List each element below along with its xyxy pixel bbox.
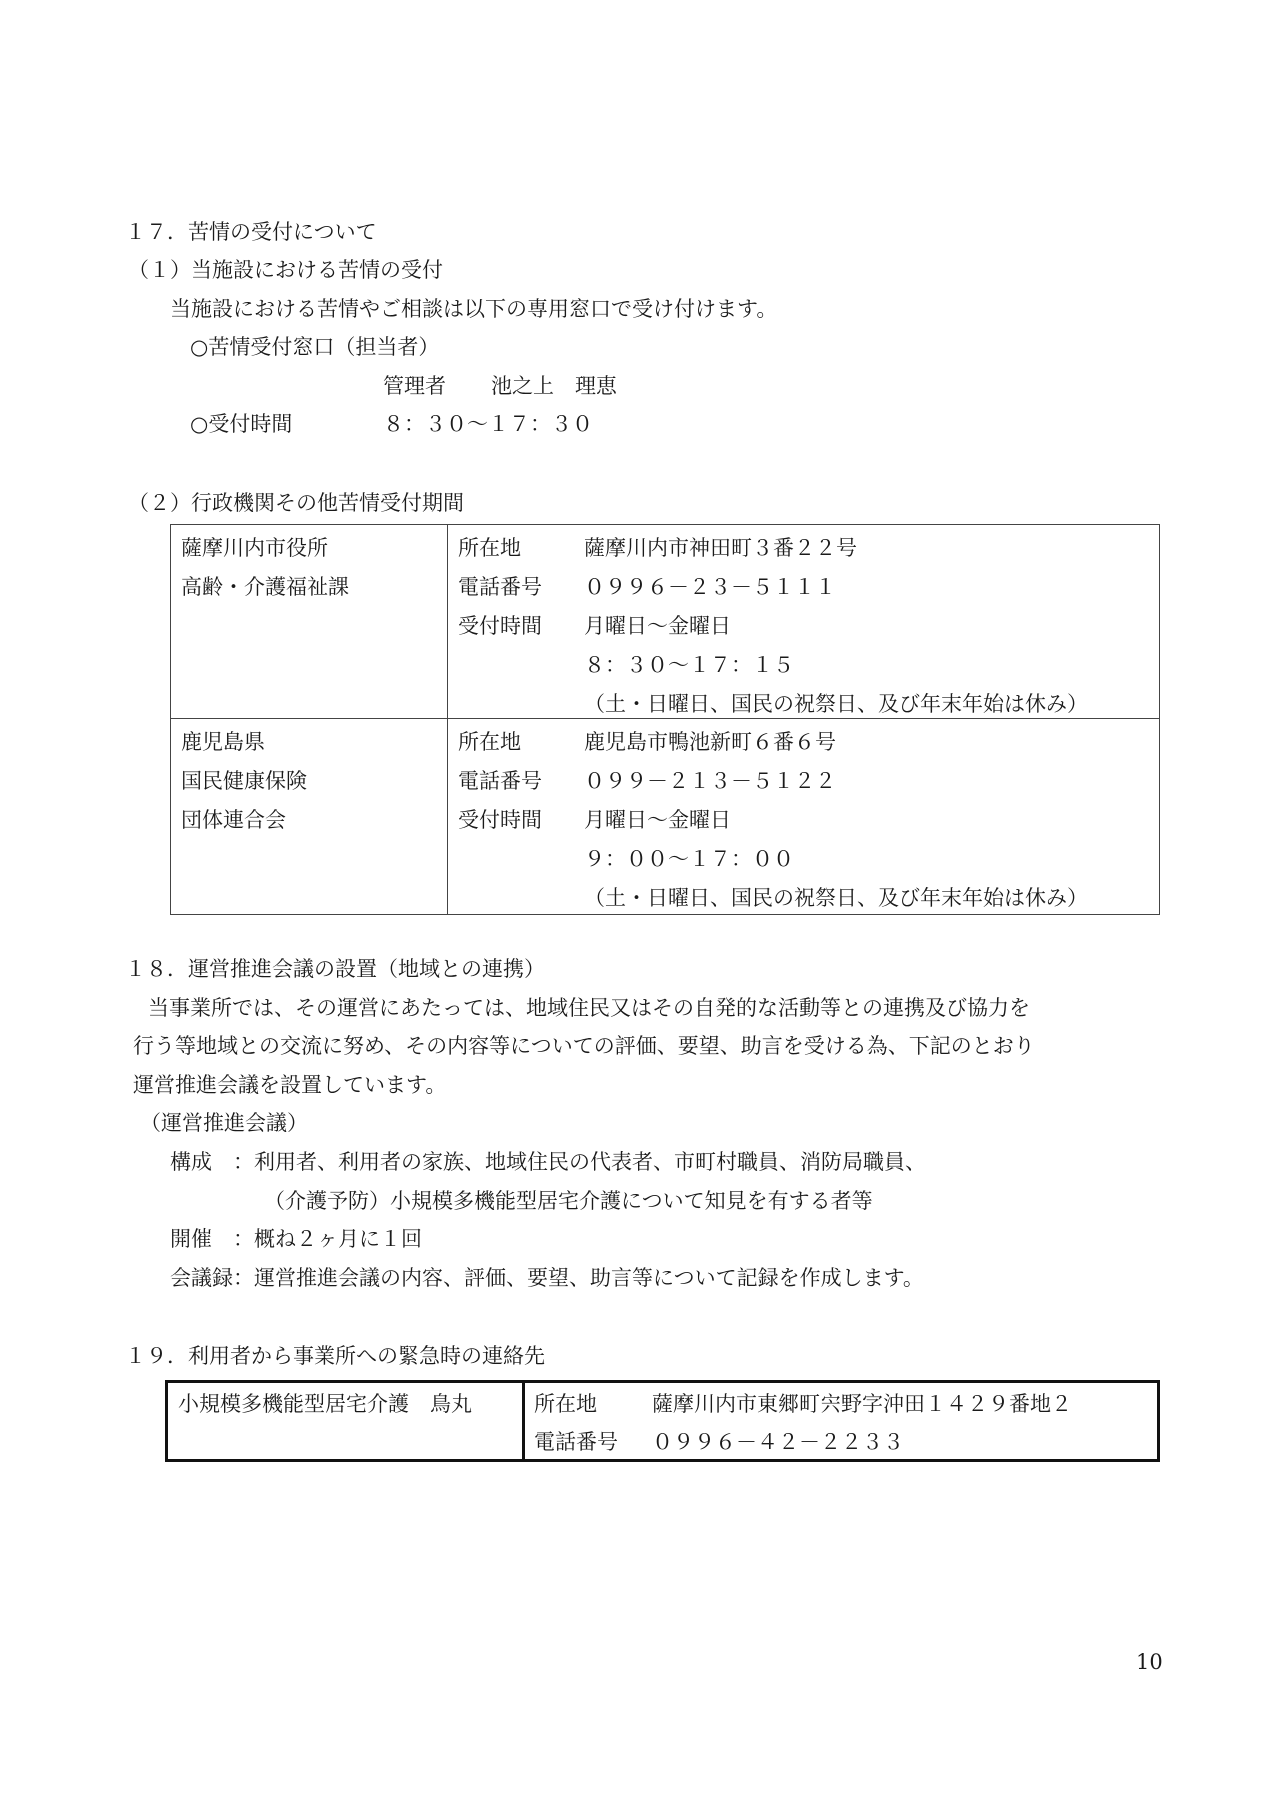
phone-label: 電話番号 — [534, 1423, 652, 1461]
address-label: 所在地 — [534, 1385, 652, 1423]
meeting-frequency: 開催 ：概ね２ヶ月に１回 — [170, 1224, 422, 1254]
address-label: 所在地 — [458, 723, 584, 762]
page-number: 10 — [1136, 1650, 1163, 1674]
reception-hours-label: ○受付時間 — [190, 409, 383, 439]
days-value: 月曜日～金曜日 — [584, 614, 731, 638]
phone-value: ０９９６－２３－５１１１ — [584, 575, 836, 599]
agency-name-cell: 鹿児島県 国民健康保険 団体連合会 — [181, 723, 307, 840]
hours-label: 受付時間 — [458, 801, 584, 840]
frequency-label: 開催 ： — [170, 1224, 254, 1254]
composition-value: 利用者、利用者の家族、地域住民の代表者、市町村職員、消防局職員、 — [254, 1150, 926, 1174]
section-17-heading: １７．苦情の受付について — [125, 217, 377, 247]
phone-value: ０９９６－４２－２２３３ — [652, 1430, 904, 1454]
agency-name-cell: 薩摩川内市役所 高齢・介護福祉課 — [181, 529, 349, 607]
agency-name-line: 国民健康保険 — [181, 762, 307, 801]
hours-value: ８：３０～１７：１５ — [458, 646, 1151, 685]
phone-label: 電話番号 — [458, 568, 584, 607]
agency-contacts-table: 薩摩川内市役所 高齢・介護福祉課 所在地薩摩川内市神田町３番２２号 電話番号０９… — [170, 524, 1160, 915]
contact-person: 管理者池之上 理恵 — [383, 371, 617, 401]
section-18-body-line: 運営推進会議を設置しています。 — [133, 1070, 446, 1100]
agency-name-line: 団体連合会 — [181, 801, 307, 840]
table-divider — [522, 1383, 525, 1459]
section-18-subheading: （運営推進会議） — [140, 1108, 308, 1138]
composition-label: 構成 ： — [170, 1147, 254, 1177]
contact-person-role: 管理者 — [383, 374, 446, 398]
address-label: 所在地 — [458, 529, 584, 568]
section-17-2-heading: （２）行政機関その他苦情受付期間 — [128, 488, 464, 518]
reception-hours: ○受付時間８：３０～１７：３０ — [190, 409, 593, 439]
agency-name-line: 薩摩川内市役所 — [181, 529, 349, 568]
contact-person-name: 池之上 理恵 — [491, 374, 617, 398]
facility-name: 小規模多機能型居宅介護 鳥丸 — [178, 1385, 472, 1423]
meeting-composition-continuation: （介護予防）小規模多機能型居宅介護について知見を有する者等 — [264, 1186, 873, 1216]
frequency-value: 概ね２ヶ月に１回 — [254, 1227, 422, 1251]
days-value: 月曜日～金曜日 — [584, 808, 731, 832]
agency-details-cell: 所在地薩摩川内市神田町３番２２号 電話番号０９９６－２３－５１１１ 受付時間月曜… — [458, 529, 1151, 724]
holiday-note: （土・日曜日、国民の祝祭日、及び年末年始は休み） — [458, 879, 1151, 918]
emergency-contact-table: 小規模多機能型居宅介護 鳥丸 所在地薩摩川内市東郷町宍野字沖田１４２９番地２ 電… — [165, 1380, 1160, 1462]
hours-value: ９：００～１７：００ — [458, 840, 1151, 879]
address-value: 鹿児島市鴨池新町６番６号 — [584, 730, 836, 754]
minutes-label: 会議録： — [170, 1263, 254, 1293]
agency-details-cell: 所在地鹿児島市鴨池新町６番６号 電話番号０９９－２１３－５１２２ 受付時間月曜日… — [458, 723, 1151, 918]
meeting-minutes: 会議録：運営推進会議の内容、評価、要望、助言等について記録を作成します。 — [170, 1263, 924, 1293]
section-17-1-body: 当施設における苦情やご相談は以下の専用窓口で受け付けます。 — [170, 294, 777, 324]
section-18-heading: １８．運営推進会議の設置（地域との連携） — [125, 954, 545, 984]
reception-hours-value: ８：３０～１７：３０ — [383, 412, 593, 436]
section-19-heading: １９．利用者から事業所への緊急時の連絡先 — [125, 1341, 545, 1371]
agency-name-line: 高齢・介護福祉課 — [181, 568, 349, 607]
address-value: 薩摩川内市東郷町宍野字沖田１４２９番地２ — [652, 1392, 1072, 1416]
agency-name-line: 鹿児島県 — [181, 723, 307, 762]
facility-details-cell: 所在地薩摩川内市東郷町宍野字沖田１４２９番地２ 電話番号０９９６－４２－２２３３ — [534, 1385, 1149, 1461]
section-18-body-line: 行う等地域との交流に努め、その内容等についての評価、要望、助言を受ける為、下記の… — [133, 1031, 1035, 1061]
meeting-composition: 構成 ：利用者、利用者の家族、地域住民の代表者、市町村職員、消防局職員、 — [170, 1147, 926, 1177]
phone-label: 電話番号 — [458, 762, 584, 801]
minutes-value: 運営推進会議の内容、評価、要望、助言等について記録を作成します。 — [254, 1266, 924, 1290]
table-row: 鹿児島県 国民健康保険 団体連合会 所在地鹿児島市鴨池新町６番６号 電話番号０９… — [171, 719, 1159, 914]
section-18-body-line: 当事業所では、その運営にあたっては、地域住民又はその自発的な活動等との連携及び協… — [148, 993, 1030, 1023]
facility-name-cell: 小規模多機能型居宅介護 鳥丸 — [178, 1385, 472, 1423]
section-17-1-heading: （１）当施設における苦情の受付 — [128, 255, 443, 285]
complaint-window-label: ○苦情受付窓口（担当者） — [190, 332, 439, 362]
address-value: 薩摩川内市神田町３番２２号 — [584, 536, 857, 560]
table-row: 薩摩川内市役所 高齢・介護福祉課 所在地薩摩川内市神田町３番２２号 電話番号０９… — [171, 525, 1159, 719]
phone-value: ０９９－２１３－５１２２ — [584, 769, 836, 793]
hours-label: 受付時間 — [458, 607, 584, 646]
